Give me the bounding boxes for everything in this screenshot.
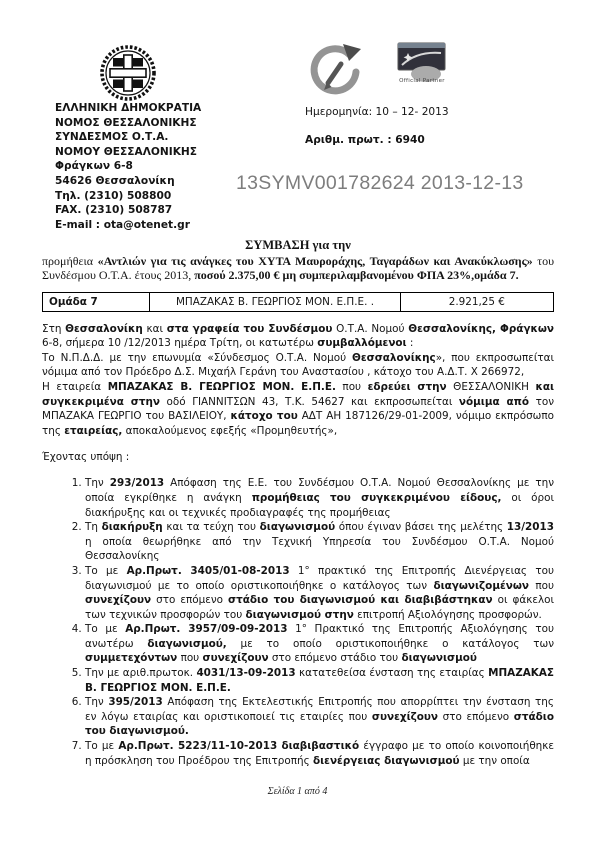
regard-item-5: Την με αριθ.πρωτοκ. 4031/13-09-2013 κατα… <box>85 666 554 695</box>
greek-coat-of-arms-icon <box>99 44 157 106</box>
regard-item-6: Την 395/2013 Απόφαση της Εκτελεστικής Επ… <box>85 695 554 739</box>
contract-title: ΣΥΜΒΑΣΗ για την <box>42 238 554 253</box>
second-party-paragraph: Η εταιρεία ΜΠΑΖΑΚΑΣ Β. ΓΕΩΡΓΙΟΣ ΜΟΝ. Ε.Π… <box>42 380 554 438</box>
org-line: ΣΥΝΔΕΣΜΟΣ Ο.Τ.Α. <box>55 130 201 145</box>
org-address: Φράγκων 6-8 <box>55 159 201 174</box>
award-table: Ομάδα 7 ΜΠΑΖΑΚΑΣ Β. ΓΕΩΡΓΙΟΣ ΜΟΝ. Ε.Π.Ε.… <box>42 292 554 312</box>
contract-body: ΣΥΜΒΑΣΗ για την προμήθεια «Αντλιών για τ… <box>42 238 554 768</box>
org-fax: FAX. (2310) 508787 <box>55 203 201 218</box>
regard-item-4: Το με Αρ.Πρωτ. 3957/09-09-2013 1° Πρακτι… <box>85 622 554 666</box>
protocol-number: Αριθμ. πρωτ. : 6940 <box>305 134 565 146</box>
having-regard-list: Την 293/2013 Απόφαση της Ε.Ε. του Συνδέσ… <box>42 476 554 768</box>
parties-section: Στη Θεσσαλονίκη και στα γραφεία του Συνδ… <box>42 322 554 439</box>
parties-paragraph: Στη Θεσσαλονίκη και στα γραφεία του Συνδ… <box>42 322 554 351</box>
header-right-block: Official Partner Ημερομηνία: 10 – 12- 20… <box>305 42 565 146</box>
organization-address-block: ΕΛΛΗΝΙΚΗ ΔΗΜΟΚΡΑΤΙΑ ΝΟΜΟΣ ΘΕΣΣΑΛΟΝΙΚΗΣ Σ… <box>55 101 201 232</box>
regard-item-7: Το με Αρ.Πρωτ. 5223/11-10-2013 διαβιβαστ… <box>85 739 554 768</box>
recycling-arrow-logo-icon <box>305 42 365 104</box>
org-line: ΝΟΜΟΣ ΘΕΣΣΑΛΟΝΙΚΗΣ <box>55 116 201 131</box>
award-group-cell: Ομάδα 7 <box>43 292 150 311</box>
regard-item-3: Το με Αρ.Πρωτ. 3405/01-08-2013 1° πρακτι… <box>85 564 554 622</box>
org-phone: Τηλ. (2310) 508800 <box>55 189 201 204</box>
header-logos: Official Partner <box>305 42 565 105</box>
official-partner-badge: Official Partner <box>395 42 449 84</box>
registry-code: 13SYMV001782624 2013-12-13 <box>236 172 524 195</box>
org-city: 54626 Θεσσαλονίκη <box>55 174 201 189</box>
org-email: E-mail : ota@otenet.gr <box>55 218 201 233</box>
document-date: Ημερομηνία: 10 – 12- 2013 <box>305 106 565 118</box>
page-number-footer: Σελίδα 1 από 4 <box>0 786 595 797</box>
org-line: ΕΛΛΗΝΙΚΗ ΔΗΜΟΚΡΑΤΙΑ <box>55 101 201 116</box>
award-contractor-cell: ΜΠΑΖΑΚΑΣ Β. ΓΕΩΡΓΙΟΣ ΜΟΝ. Ε.Π.Ε. . <box>150 292 400 311</box>
having-regard-label: Έχοντας υπόψη : <box>42 451 554 463</box>
award-table-row: Ομάδα 7 ΜΠΑΖΑΚΑΣ Β. ΓΕΩΡΓΙΟΣ ΜΟΝ. Ε.Π.Ε.… <box>43 292 554 311</box>
org-line: ΝΟΜΟΥ ΘΕΣΣΑΛΟΝΙΚΗΣ <box>55 145 201 160</box>
first-party-paragraph: Το Ν.Π.Δ.Δ. με την επωνυμία «Σύνδεσμος Ο… <box>42 351 554 380</box>
partner-badge-caption: Official Partner <box>399 78 445 84</box>
regard-item-1: Την 293/2013 Απόφαση της Ε.Ε. του Συνδέσ… <box>85 476 554 520</box>
regard-item-2: Τη διακήρυξη και τα τεύχη του διαγωνισμο… <box>85 520 554 564</box>
contract-document-page: ΕΛΛΗΝΙΚΗ ΔΗΜΟΚΡΑΤΙΑ ΝΟΜΟΣ ΘΕΣΣΑΛΟΝΙΚΗΣ Σ… <box>0 0 595 842</box>
award-amount-cell: 2.921,25 € <box>400 292 553 311</box>
contract-subject-paragraph: προμήθεια «Αντλιών για τις ανάγκες του Χ… <box>42 254 554 283</box>
